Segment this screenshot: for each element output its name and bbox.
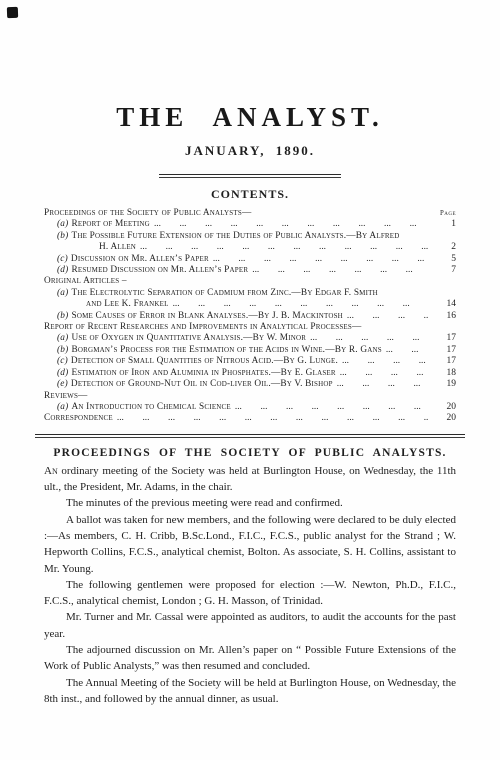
journal-title: THE ANALYST.	[0, 104, 500, 131]
contents-list: Proceedings of the Society of Public Ana…	[44, 208, 456, 425]
contents-page-number: 20	[432, 402, 456, 413]
contents-entry-title: (c)Discussion on Mr. Allen’s Paper	[57, 254, 209, 265]
dot-leader: ... ... ... ... ... ... ... ... ... ... …	[342, 356, 428, 367]
journal-page: THE ANALYST. JANUARY, 1890. CONTENTS. Pr…	[0, 0, 500, 760]
article-body: An ordinary meeting of the Society was h…	[44, 463, 456, 707]
contents-page-number: 16	[432, 311, 456, 322]
dot-leader: ... ... ... ... ... ... ... ... ... ... …	[235, 402, 428, 413]
contents-entry-title: (b)Some Causes of Error in Blank Analyse…	[57, 311, 343, 322]
contents-entry: (a)An Introduction to Chemical Science..…	[44, 402, 456, 413]
contents-entry: (a)Report of Meeting... ... ... ... ... …	[44, 219, 456, 230]
contents-entry-title: Proceedings of the Society of Public Ana…	[44, 208, 251, 219]
contents-entry-title: (e)Detection of Ground-Nut Oil in Cod-li…	[57, 379, 333, 390]
contents-page-number: 17	[432, 345, 456, 356]
contents-page-number: 2	[432, 242, 456, 253]
smallcaps-lead-word: An	[44, 465, 58, 477]
contents-entry-title: Correspondence	[44, 413, 113, 424]
contents-page-number: 14	[432, 299, 456, 310]
dot-leader: ... ... ... ... ... ... ... ... ... ... …	[310, 333, 428, 344]
contents-entry-title: Reviews—	[44, 391, 88, 402]
dot-leader: ... ... ... ... ... ... ... ... ... ... …	[154, 219, 428, 230]
contents-entry-title: H. Allen	[99, 242, 136, 253]
contents-entry-title: Report of Recent Researches and Improvem…	[44, 322, 362, 333]
dot-leader: ... ... ... ... ... ... ... ... ... ... …	[347, 311, 428, 322]
contents-entry-letter: (b)	[57, 345, 68, 355]
contents-page-number: 19	[432, 379, 456, 390]
contents-entry: (c)Discussion on Mr. Allen’s Paper... ..…	[44, 254, 456, 265]
contents-entry: (b)The Possible Future Extension of the …	[44, 231, 456, 242]
contents-page-number: 7	[432, 265, 456, 276]
contents-entry-letter: (c)	[57, 356, 68, 366]
article-paragraph: The Annual Meeting of the Society will b…	[44, 675, 456, 708]
dot-leader: ... ... ... ... ... ... ... ... ... ... …	[340, 368, 428, 379]
contents-page-number: 1	[432, 219, 456, 230]
article-paragraph: A ballot was taken for new members, and …	[44, 512, 456, 577]
contents-entry-letter: (a)	[57, 333, 68, 343]
masthead-divider-rule	[159, 174, 341, 178]
contents-page-number: 18	[432, 368, 456, 379]
contents-entry-title: (a)An Introduction to Chemical Science	[57, 402, 231, 413]
contents-entry: Proceedings of the Society of Public Ana…	[44, 208, 456, 219]
contents-entry: Correspondence... ... ... ... ... ... ..…	[44, 413, 456, 424]
contents-page-number: 5	[432, 254, 456, 265]
contents-entry-letter: (e)	[57, 379, 68, 389]
article-paragraph: The minutes of the previous meeting were…	[44, 495, 456, 511]
article-paragraph: An ordinary meeting of the Society was h…	[44, 463, 456, 496]
contents-page-number: 20	[432, 413, 456, 424]
contents-entry: Reviews—	[44, 391, 456, 402]
contents-entry: and Lee K. Frankel... ... ... ... ... ..…	[44, 299, 456, 310]
contents-entry-title: (a)Report of Meeting	[57, 219, 150, 230]
contents-entry-letter: (a)	[57, 219, 68, 229]
article-paragraph: The following gentlemen were proposed fo…	[44, 577, 456, 610]
contents-entry-letter: (b)	[57, 231, 68, 241]
dot-leader: ... ... ... ... ... ... ... ... ... ... …	[337, 379, 428, 390]
contents-entry-letter: (d)	[57, 368, 68, 378]
contents-entry: (c)Detection of Small Quantities of Nitr…	[44, 356, 456, 367]
dot-leader: ... ... ... ... ... ... ... ... ... ... …	[252, 265, 428, 276]
contents-entry: Original Articles –	[44, 276, 456, 287]
contents-entry-title: (d)Resumed Discussion on Mr. Allen’s Pap…	[57, 265, 248, 276]
contents-entry-letter: (b)	[57, 311, 68, 321]
dot-leader: ... ... ... ... ... ... ... ... ... ... …	[117, 413, 428, 424]
contents-page-number: 17	[432, 356, 456, 367]
contents-entry: (b)Borgman’s Process for the Estimation …	[44, 345, 456, 356]
dot-leader: ... ... ... ... ... ... ... ... ... ... …	[173, 299, 428, 310]
contents-entry-letter: (d)	[57, 265, 68, 275]
page-column-label: Page	[432, 208, 456, 219]
contents-entry: (d)Resumed Discussion on Mr. Allen’s Pap…	[44, 265, 456, 276]
article-paragraph: Mr. Turner and Mr. Cassal were appointed…	[44, 609, 456, 642]
contents-entry-letter: (c)	[57, 254, 68, 264]
contents-entry: H. Allen... ... ... ... ... ... ... ... …	[44, 242, 456, 253]
contents-entry: (b)Some Causes of Error in Blank Analyse…	[44, 311, 456, 322]
contents-entry: (d)Estimation of Iron and Aluminia in Ph…	[44, 368, 456, 379]
dot-leader: ... ... ... ... ... ... ... ... ... ... …	[386, 345, 428, 356]
contents-page-number: 17	[432, 333, 456, 344]
contents-entry-title: (d)Estimation of Iron and Aluminia in Ph…	[57, 368, 336, 379]
contents-entry: (a)Use of Oxygen in Quantitative Analysi…	[44, 333, 456, 344]
issue-date: JANUARY, 1890.	[0, 143, 500, 159]
contents-heading: CONTENTS.	[0, 187, 500, 202]
contents-divider-rule	[35, 434, 465, 438]
contents-entry-title: (b)The Possible Future Extension of the …	[57, 231, 400, 242]
contents-entry: (e)Detection of Ground-Nut Oil in Cod-li…	[44, 379, 456, 390]
section-heading: PROCEEDINGS OF THE SOCIETY OF PUBLIC ANA…	[0, 447, 500, 459]
contents-entry: (a)The Electrolytic Separation of Cadmiu…	[44, 288, 456, 299]
contents-entry-title: (a)Use of Oxygen in Quantitative Analysi…	[57, 333, 306, 344]
contents-entry-letter: (a)	[57, 288, 68, 298]
scan-artifact-mark	[7, 7, 18, 18]
contents-entry-title: (a)The Electrolytic Separation of Cadmiu…	[57, 288, 378, 299]
dot-leader: ... ... ... ... ... ... ... ... ... ... …	[140, 242, 428, 253]
contents-entry-title: Original Articles –	[44, 276, 127, 287]
contents-entry-title: and Lee K. Frankel	[86, 299, 169, 310]
dot-leader: ... ... ... ... ... ... ... ... ... ... …	[213, 254, 428, 265]
contents-entry-title: (c)Detection of Small Quantities of Nitr…	[57, 356, 338, 367]
article-paragraph: The adjourned discussion on Mr. Allen’s …	[44, 642, 456, 675]
contents-entry: Report of Recent Researches and Improvem…	[44, 322, 456, 333]
contents-entry-letter: (a)	[57, 402, 68, 412]
contents-entry-title: (b)Borgman’s Process for the Estimation …	[57, 345, 382, 356]
